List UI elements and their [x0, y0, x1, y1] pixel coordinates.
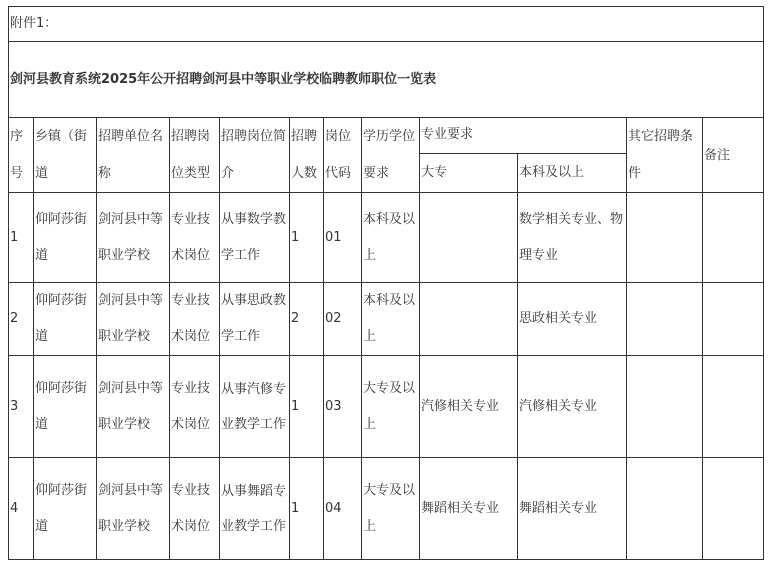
cell-other	[627, 458, 703, 560]
header-post-type: 招聘岗位类型	[170, 118, 220, 193]
cell-unit: 剑河县中等职业学校	[97, 283, 170, 356]
cell-remark	[703, 283, 764, 356]
cell-unit: 剑河县中等职业学校	[97, 458, 170, 560]
cell-count: 1	[290, 356, 324, 458]
cell-education: 大专及以上	[362, 458, 420, 560]
cell-seq: 3	[9, 356, 34, 458]
cell-post-type: 专业技术岗位	[170, 283, 220, 356]
cell-code: 01	[324, 193, 362, 283]
cell-major-bachelor: 舞蹈相关专业	[518, 458, 627, 560]
header-major: 专业要求	[420, 118, 627, 154]
cell-town: 仰阿莎街道	[34, 193, 97, 283]
cell-major-bachelor: 数学相关专业、物理专业	[518, 193, 627, 283]
header-code: 岗位代码	[324, 118, 362, 193]
cell-major-college	[420, 193, 518, 283]
cell-major-college: 汽修相关专业	[420, 356, 518, 458]
cell-post-desc: 从事思政教学工作	[220, 283, 290, 356]
page-title: 剑河县教育系统2025年公开招聘剑河县中等职业学校临聘教师职位一览表	[9, 42, 764, 118]
cell-major-bachelor: 汽修相关专业	[518, 356, 627, 458]
header-major-college: 大专	[420, 153, 518, 192]
cell-code: 02	[324, 283, 362, 356]
cell-major-college: 舞蹈相关专业	[420, 458, 518, 560]
cell-code: 04	[324, 458, 362, 560]
cell-town: 仰阿莎街道	[34, 356, 97, 458]
cell-remark	[703, 193, 764, 283]
header-education: 学历学位要求	[362, 118, 420, 193]
cell-other	[627, 193, 703, 283]
cell-post-desc: 从事汽修专业教学工作	[220, 356, 290, 458]
attachment-label: 附件1：	[9, 7, 764, 42]
cell-other	[627, 356, 703, 458]
cell-major-college	[420, 283, 518, 356]
cell-education: 本科及以上	[362, 193, 420, 283]
header-unit: 招聘单位名称	[97, 118, 170, 193]
cell-seq: 4	[9, 458, 34, 560]
header-major-bachelor: 本科及以上	[518, 153, 627, 192]
header-seq: 序号	[9, 118, 34, 193]
cell-post-desc: 从事数学教学工作	[220, 193, 290, 283]
table-row: 3 仰阿莎街道 剑河县中等职业学校 专业技术岗位 从事汽修专业教学工作 1 03…	[9, 356, 764, 458]
cell-post-type: 专业技术岗位	[170, 193, 220, 283]
cell-other	[627, 283, 703, 356]
cell-post-type: 专业技术岗位	[170, 458, 220, 560]
cell-seq: 1	[9, 193, 34, 283]
table-row: 1 仰阿莎街道 剑河县中等职业学校 专业技术岗位 从事数学教学工作 1 01 本…	[9, 193, 764, 283]
cell-remark	[703, 458, 764, 560]
cell-post-type: 专业技术岗位	[170, 356, 220, 458]
cell-unit: 剑河县中等职业学校	[97, 193, 170, 283]
cell-town: 仰阿莎街道	[34, 283, 97, 356]
cell-count: 1	[290, 193, 324, 283]
cell-major-bachelor: 思政相关专业	[518, 283, 627, 356]
cell-education: 本科及以上	[362, 283, 420, 356]
header-post-desc: 招聘岗位简介	[220, 118, 290, 193]
cell-seq: 2	[9, 283, 34, 356]
header-count: 招聘人数	[290, 118, 324, 193]
table-row: 4 仰阿莎街道 剑河县中等职业学校 专业技术岗位 从事舞蹈专业教学工作 1 04…	[9, 458, 764, 560]
header-remark: 备注	[703, 118, 764, 193]
cell-count: 2	[290, 283, 324, 356]
cell-code: 03	[324, 356, 362, 458]
header-town: 乡镇（街道	[34, 118, 97, 193]
cell-unit: 剑河县中等职业学校	[97, 356, 170, 458]
cell-town: 仰阿莎街道	[34, 458, 97, 560]
recruitment-table: 附件1： 剑河县教育系统2025年公开招聘剑河县中等职业学校临聘教师职位一览表 …	[8, 6, 764, 560]
header-other: 其它招聘条件	[627, 118, 703, 193]
cell-education: 大专及以上	[362, 356, 420, 458]
cell-post-desc: 从事舞蹈专业教学工作	[220, 458, 290, 560]
table-row: 2 仰阿莎街道 剑河县中等职业学校 专业技术岗位 从事思政教学工作 2 02 本…	[9, 283, 764, 356]
cell-count: 1	[290, 458, 324, 560]
cell-remark	[703, 356, 764, 458]
